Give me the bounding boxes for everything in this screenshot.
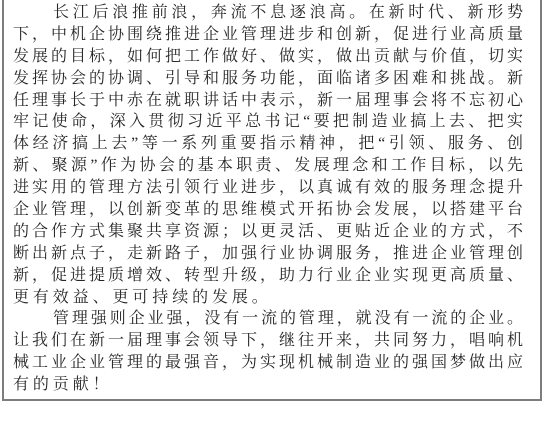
text-line: 牢记使命，深入贯彻习近平总书记“要把制造业搞上去、把实 [13,111,525,133]
text-line: 有的贡献！ [13,374,525,396]
document-frame: 长江后浪推前浪，奔流不息逐浪高。在新时代、新形势 下，中机企协围绕推进企业管理进… [2,0,542,401]
text-line: 任理事长于中赤在就职讲话中表示，新一届理事会将不忘初心 [13,90,525,112]
text-line: 械工业企业管理的最强音，为实现机械制造业的强国梦做出应 [13,352,525,374]
text-line: 新，促进提质增效、转型升级，助力行业企业实现更高质量、 [13,265,525,287]
page: { "page": { "background_color": "#ffffff… [0,0,546,435]
text-line: 断出新点子，走新路子，加强行业协调服务，推进企业管理创 [13,243,525,265]
text-line: 让我们在新一届理事会领导下，继往开来，共同努力，唱响机 [13,330,525,352]
text-line: 管理强则企业强，没有一流的管理，就没有一流的企业。 [13,308,525,330]
paragraph: 长江后浪推前浪，奔流不息逐浪高。在新时代、新形势 下，中机企协围绕推进企业管理进… [13,2,525,308]
text-line: 发展的目标，如何把工作做好、做实，做出贡献与价值，切实 [13,46,525,68]
text-line: 更有效益、更可持续的发展。 [13,287,525,309]
text-line: 企业管理，以创新变革的思维模式开拓协会发展，以搭建平台 [13,199,525,221]
text-line: 长江后浪推前浪，奔流不息逐浪高。在新时代、新形势 [13,2,525,24]
text-line: 体经济搞上去”等一系列重要指示精神，把“引领、服务、创 [13,133,525,155]
text-line: 下，中机企协围绕推进企业管理进步和创新，促进行业高质量 [13,24,525,46]
text-line: 进实用的管理方法引领行业进步，以真诚有效的服务理念提升 [13,177,525,199]
text-line: 的合作方式集聚共享资源；以更灵活、更贴近企业的方式，不 [13,221,525,243]
text-line: 发挥协会的协调、引导和服务功能，面临诸多困难和挑战。新 [13,68,525,90]
document-body: 长江后浪推前浪，奔流不息逐浪高。在新时代、新形势 下，中机企协围绕推进企业管理进… [6,2,534,396]
text-line: 新、聚源”作为协会的基本职责、发展理念和工作目标，以先 [13,155,525,177]
paragraph: 管理强则企业强，没有一流的管理，就没有一流的企业。 让我们在新一届理事会领导下，… [13,308,525,396]
